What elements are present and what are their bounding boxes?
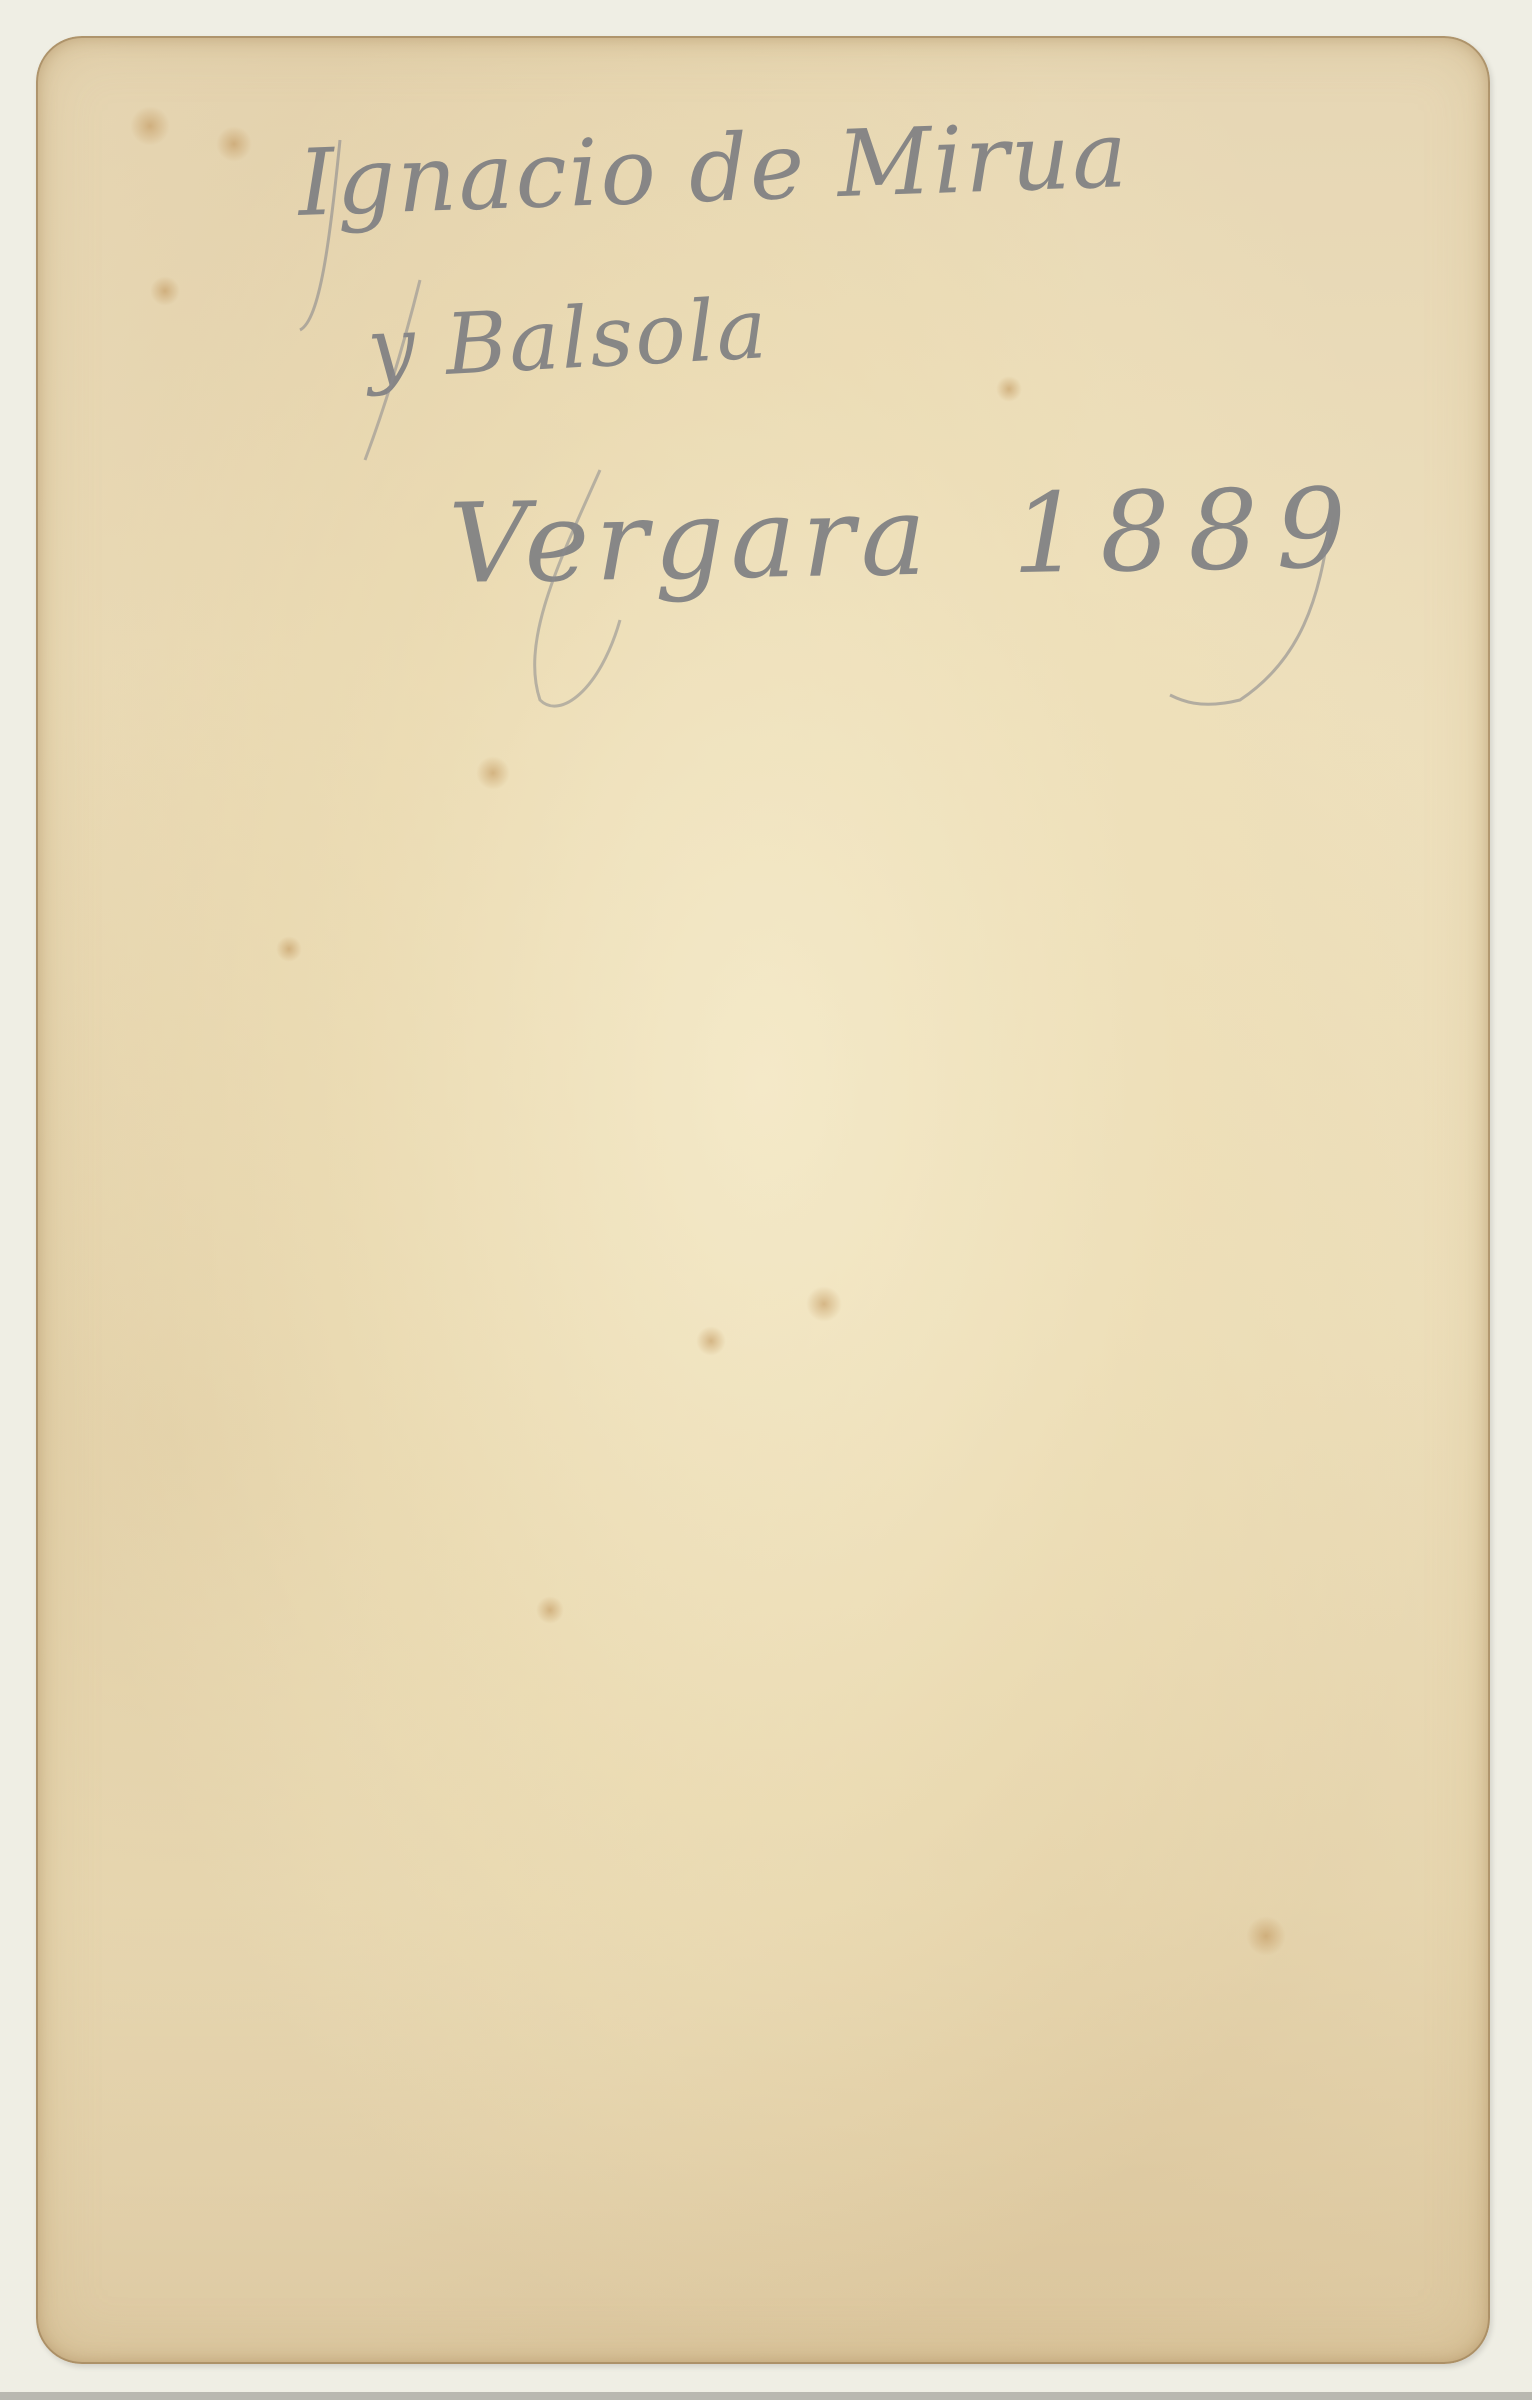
inscription-place-date: Vergara1889 [448,464,1365,608]
foxing-spot [216,126,252,162]
foxing-spot [996,376,1022,402]
foxing-spot [806,1286,842,1322]
foxing-spot [130,106,170,146]
foxing-spot [536,1596,564,1624]
foxing-spot [276,936,302,962]
foxing-spot [476,756,510,790]
photo-card-verso [36,36,1490,2364]
inscription-year: 1889 [1011,464,1365,598]
scan-bottom-edge [0,2392,1532,2400]
inscription-surname: y Balsola [365,279,771,398]
foxing-spot [1246,1916,1286,1956]
inscription-place: Vergara [448,472,933,608]
foxing-spot [696,1326,726,1356]
foxing-spot [150,276,180,306]
